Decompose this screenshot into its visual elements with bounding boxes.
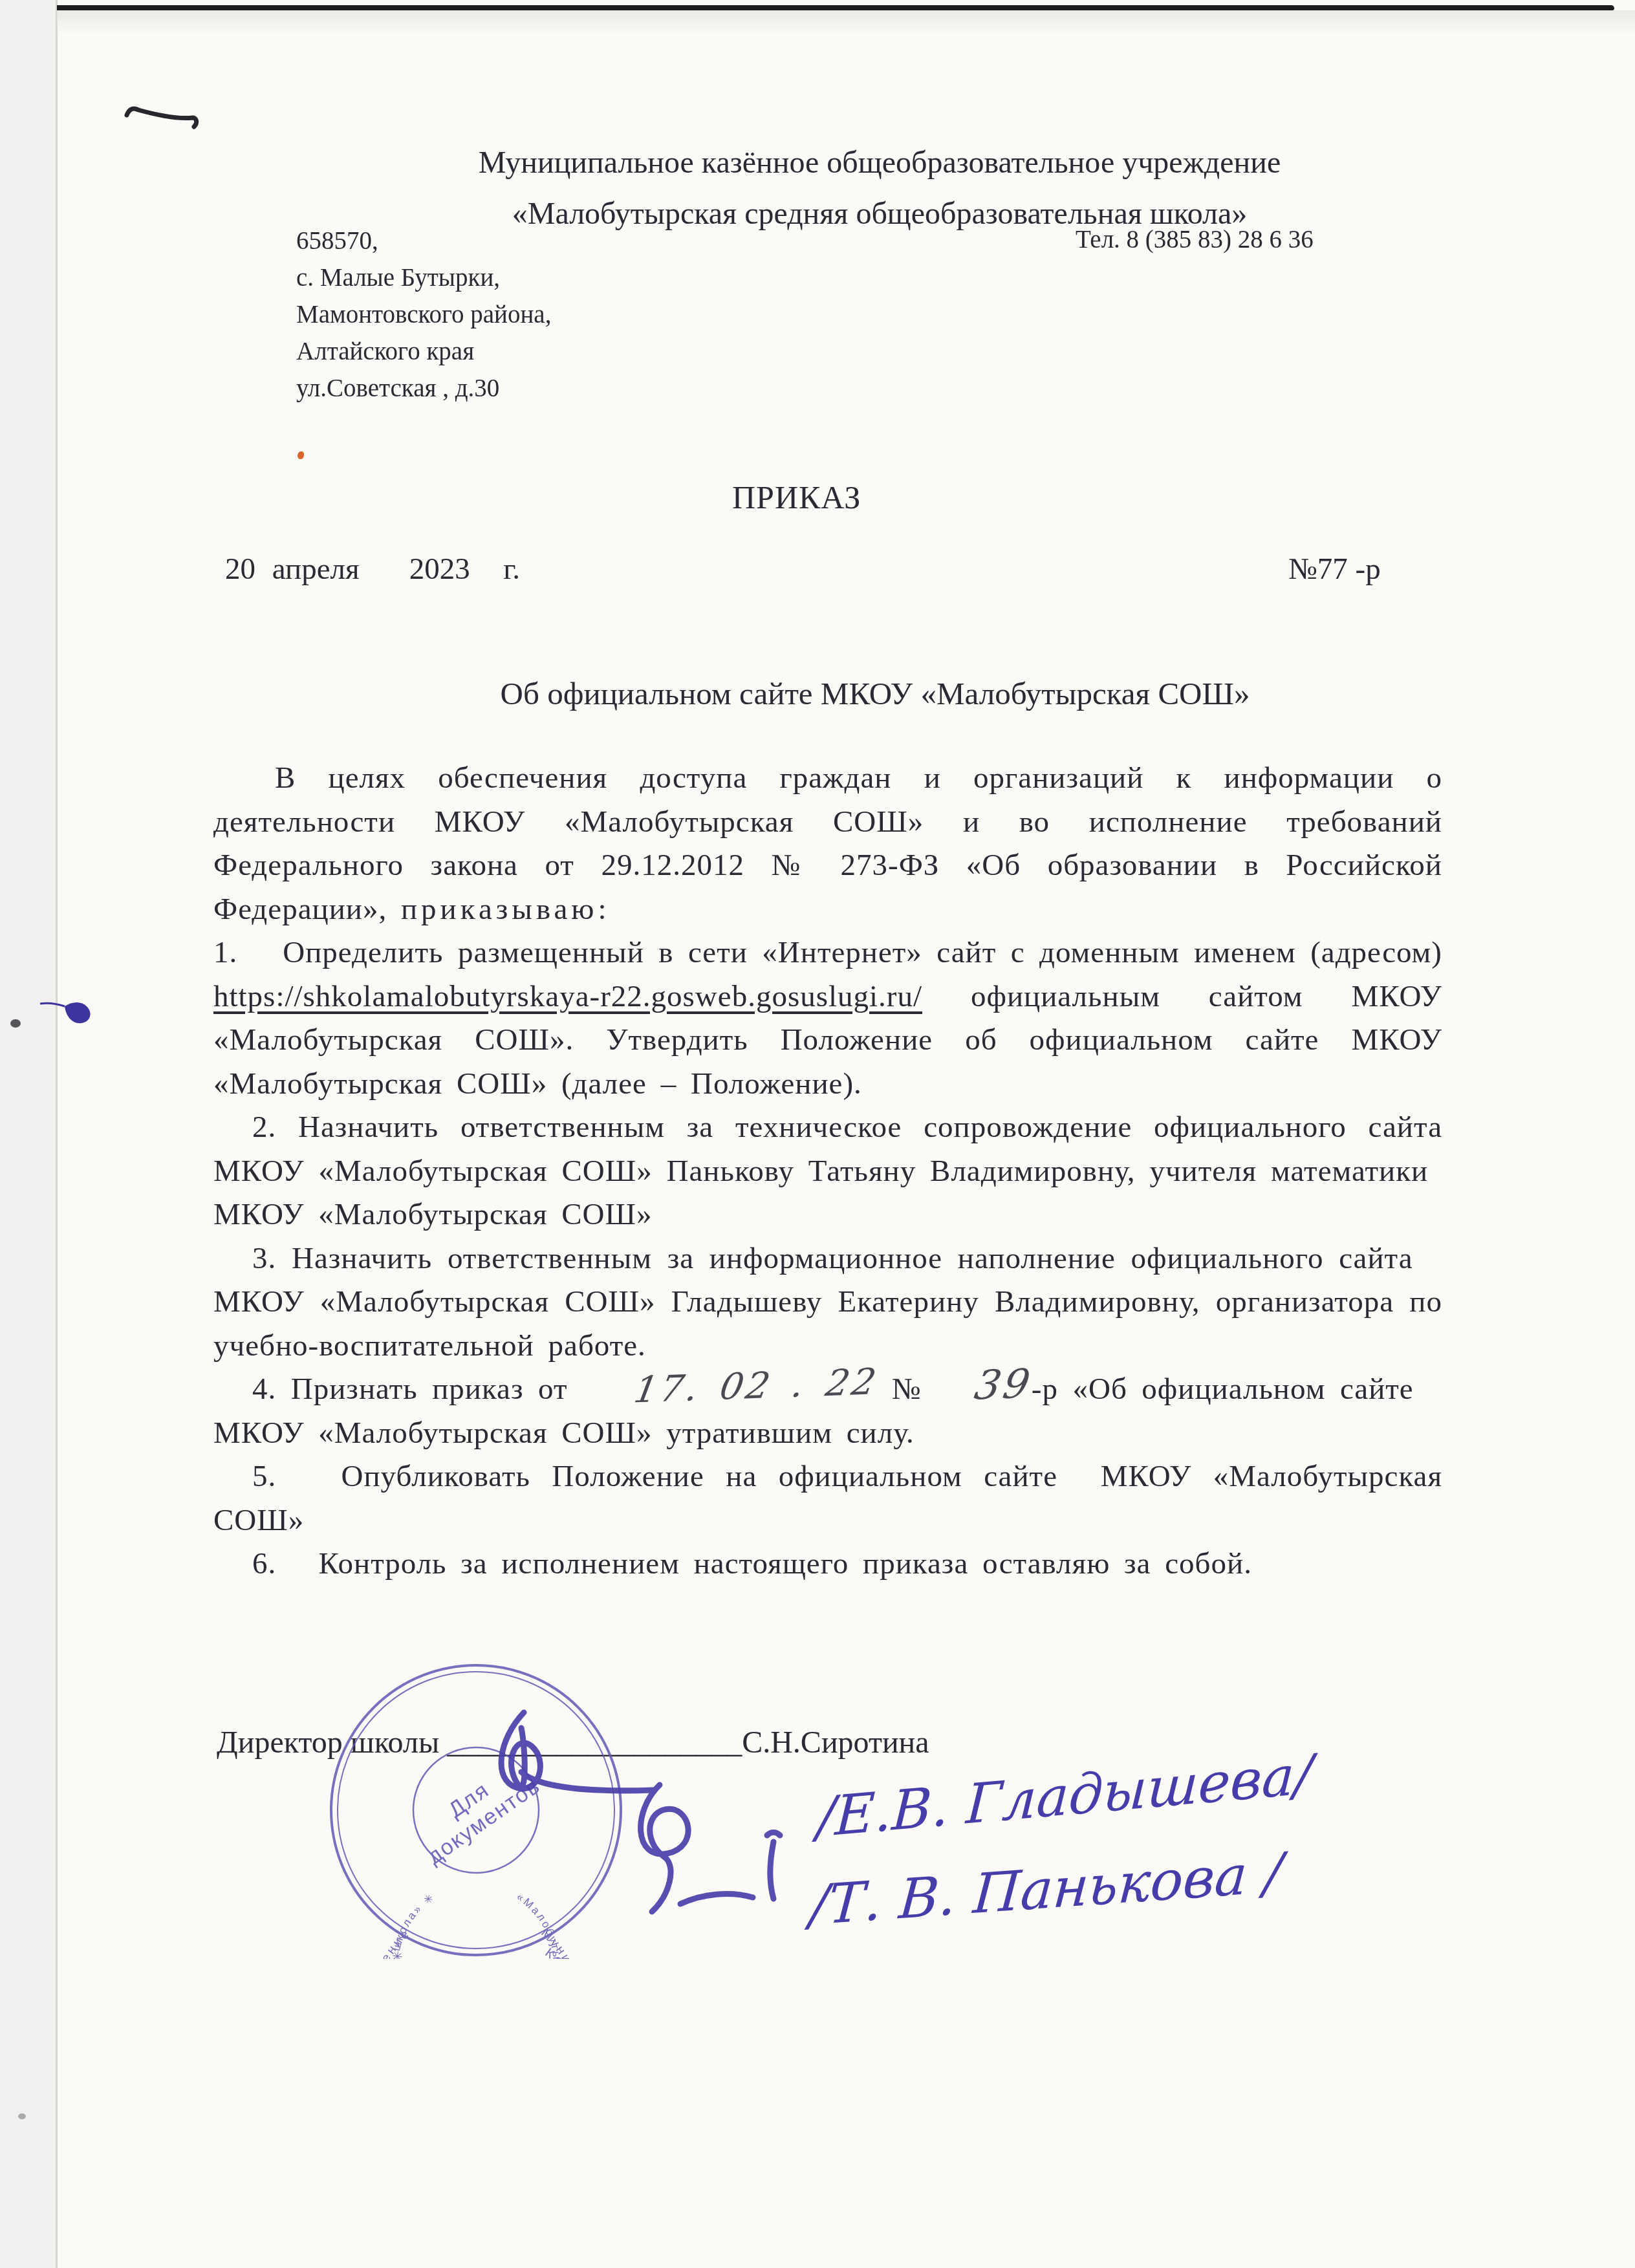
address-district: Мамонтовского района, [296,296,788,333]
order-item-3: 3. Назначить ответственным за информацио… [213,1237,1442,1368]
official-stamp: Комитет Администрации Мамонтовского райо… [327,1661,625,1959]
handwritten-old-date: 17. 02 . 22 [596,1382,878,1392]
page-edge-line [56,0,58,2268]
preamble-paragraph: В целях обеспечения доступа граждан и ор… [213,757,1442,931]
org-name-line1: Муниципальное казённое общеобразовательн… [272,137,1488,188]
stamp-outer-ring-inner [338,1672,614,1949]
document-type-heading: ПРИКАЗ [732,479,861,516]
dust-speck [18,2113,26,2119]
ink-blot [65,1002,91,1023]
scanner-edge-strip [0,0,56,2268]
postal-code: 658570, [296,222,788,259]
order-item-1: 1.Определить размещенный в сети «Интерне… [213,931,1442,1106]
signature-flourish-3 [680,1894,753,1904]
order-item-2: 2. Назначить ответственным за техническо… [213,1106,1442,1237]
order-item-4: 4. Признать приказ от 17. 02 . 22 № 39-р… [213,1368,1442,1455]
item-number: 1. [213,936,237,969]
address-block: 658570, с. Малые Бутырки, Мамонтовского … [296,222,788,407]
order-item-6: 6. Контроль за исполнением настоящего пр… [213,1542,1442,1586]
signer-name: С.Н.Сиротина [742,1725,929,1760]
order-item-5: 5. Опубликовать Положение на официальном… [213,1455,1442,1542]
order-body: В целях обеспечения доступа граждан и ор… [213,757,1442,1586]
prikaz-keyword: приказываю: [401,892,611,926]
item-4-text-mid: № [877,1372,937,1406]
stamp-outer-ring [331,1665,621,1955]
order-date: 20 апреля 2023 г. [225,552,520,587]
scanned-document: { "doc": { "org_header": { "line1": "Мун… [0,0,1635,2268]
pen-mark [127,109,197,127]
item-1-text-before: Определить размещенный в сети «Интернет»… [283,936,1442,969]
scan-top-shadow [57,10,1635,35]
site-url-text: https://shkolamalobutyrskaya-r22.gosweb.… [213,980,922,1013]
address-street: ул.Советская , д.30 [296,370,788,407]
address-region: Алтайского края [296,333,788,370]
item-4-text-before: 4. Признать приказ от [252,1372,596,1406]
signature-flourish-2 [641,1785,689,1912]
handwritten-old-number: 39 [936,1383,1032,1387]
ink-dot [298,451,304,459]
scan-top-edge-line [57,5,1614,10]
order-number: №77 -р [1288,552,1381,587]
address-village: с. Малые Бутырки, [296,259,788,296]
phone-number: Тел. 8 (385 83) 28 6 36 [1076,225,1314,254]
preamble-text: В целях обеспечения доступа граждан и ор… [213,761,1442,926]
subject-line: Об официальном сайте МКОУ «Малобутырская… [228,675,1522,712]
signature-flourish-4 [767,1833,780,1899]
dust-speck [10,1019,21,1028]
handwritten-signature-pankova: /Т. В. Панькова / [808,1841,1284,1938]
